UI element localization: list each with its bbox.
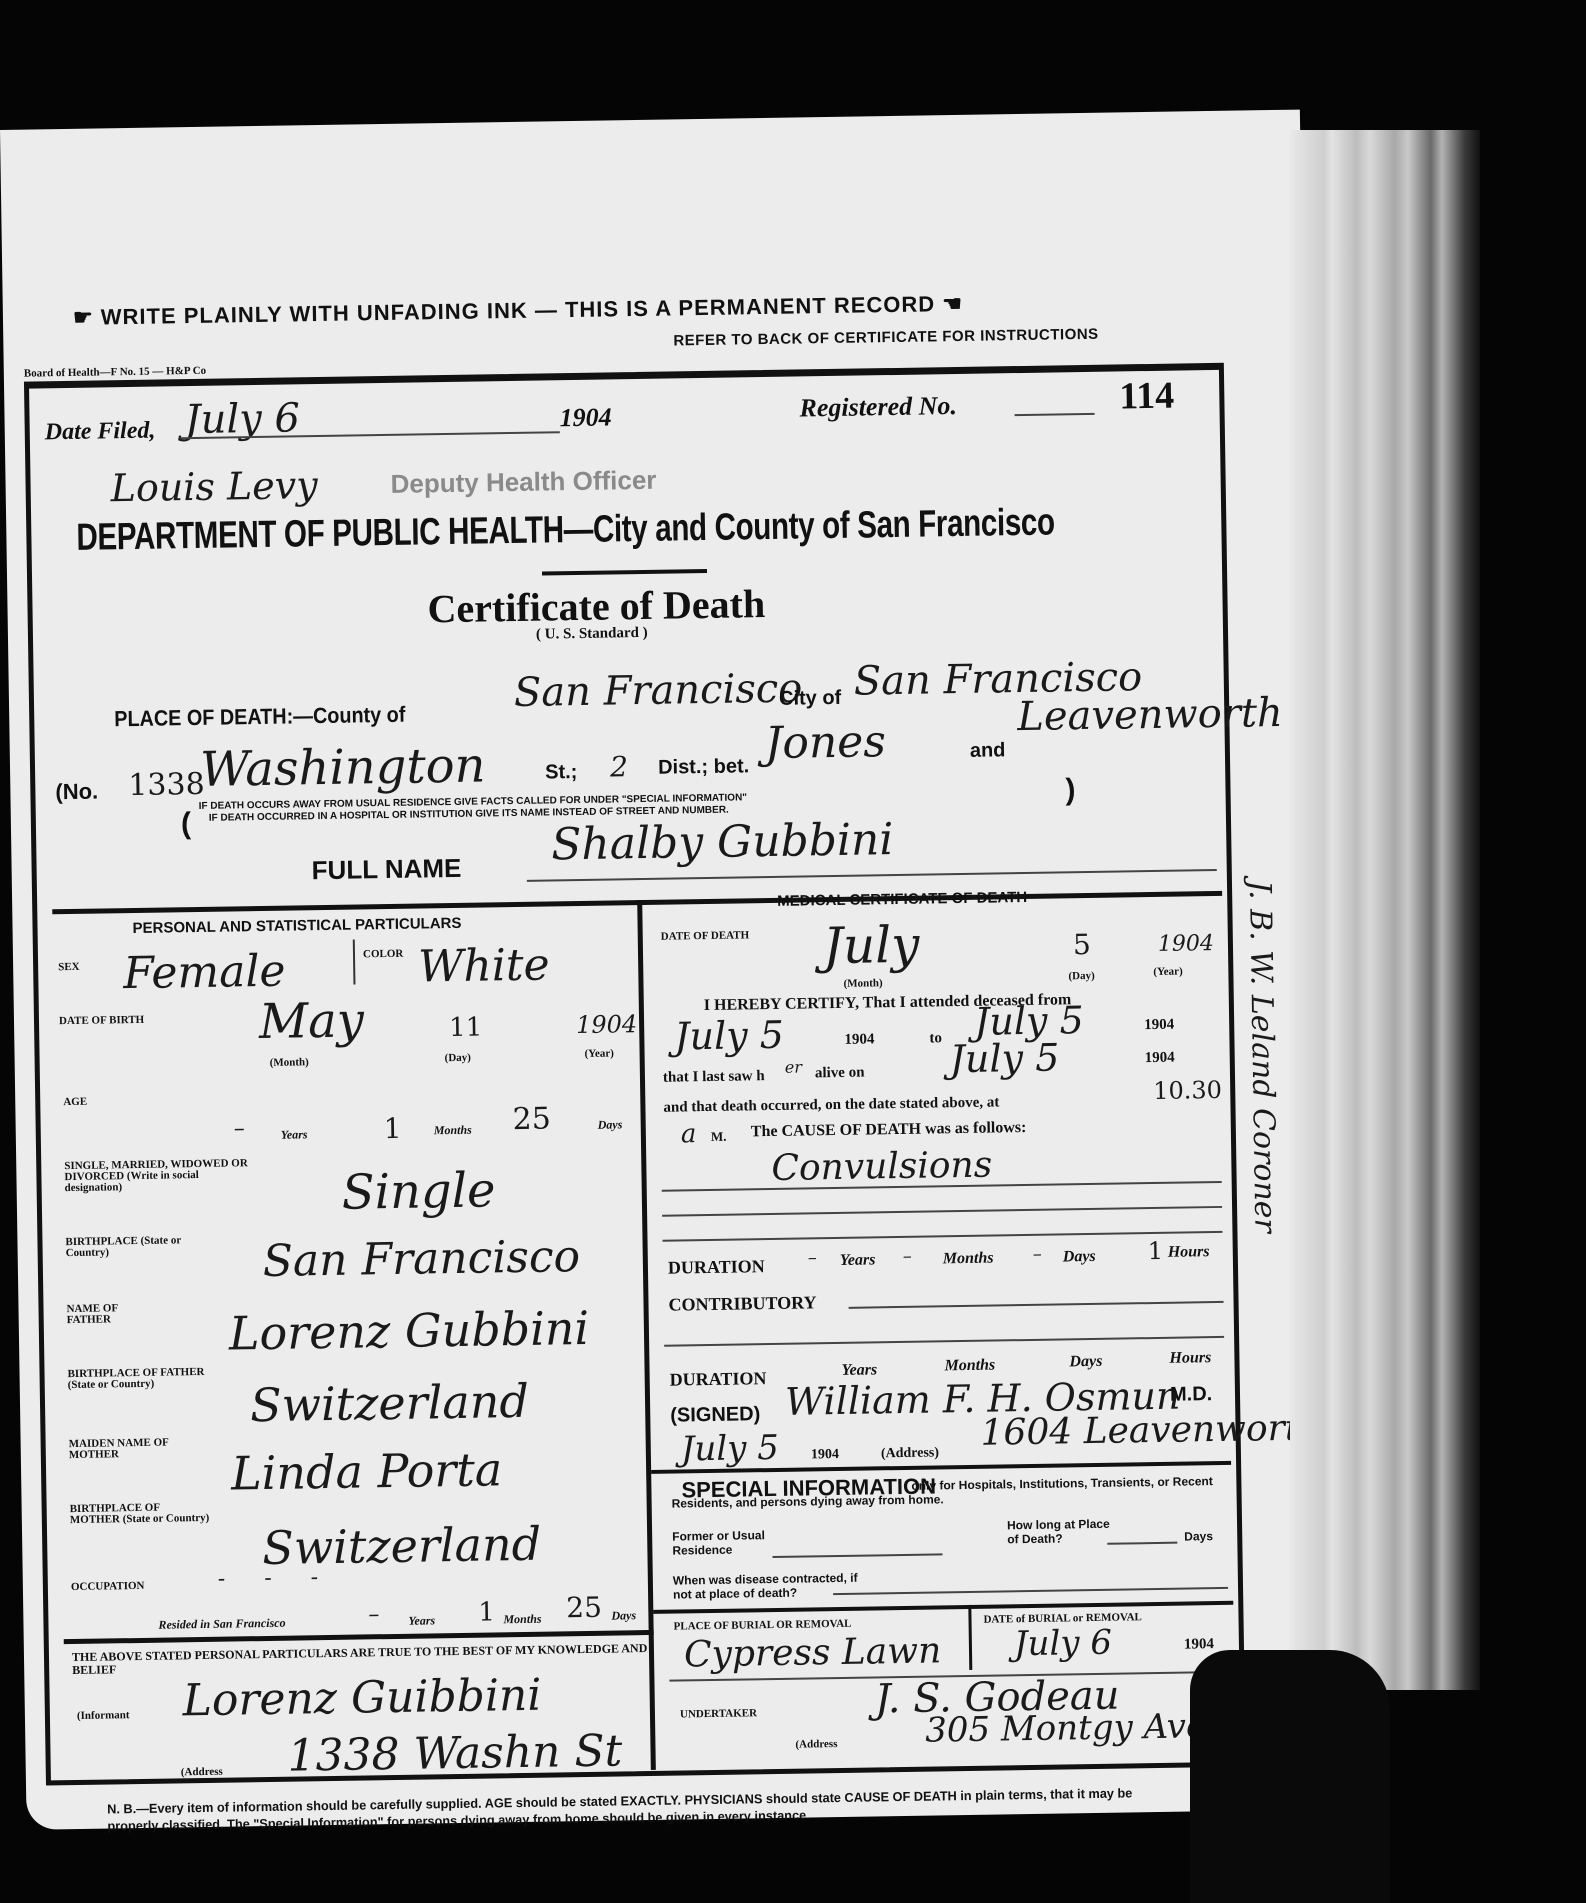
- signed-date: July 5: [680, 1428, 779, 1470]
- informant-label: (Informant: [77, 1710, 130, 1722]
- pointing-hand-icon: ☚: [935, 291, 963, 316]
- father-name-value: Lorenz Gubbini: [229, 1301, 590, 1361]
- duration-hours: 1: [1148, 1237, 1164, 1265]
- mother-birthplace-label: BIRTHPLACE OF MOTHER (State or Country): [70, 1502, 210, 1526]
- age-label: AGE: [63, 1097, 87, 1108]
- mother-name-label: MAIDEN NAME OF MOTHER: [69, 1437, 209, 1461]
- full-name-value: Shalby Gubbini: [551, 814, 894, 870]
- former-residence-label: Former or Usual Residence: [672, 1528, 792, 1558]
- informant-address-value: 1338 Washn St: [287, 1725, 622, 1781]
- street-number: 1338: [128, 767, 205, 803]
- last-saw-date: July 5: [949, 1035, 1059, 1081]
- undertaker-label: UNDERTAKER: [680, 1708, 757, 1720]
- duration-label: DURATION: [668, 1256, 765, 1279]
- between-street-1: Jones: [764, 716, 886, 769]
- instructions-note: REFER TO BACK OF CERTIFICATE FOR INSTRUC…: [673, 326, 1098, 350]
- us-standard-label: ( U. S. Standard ): [536, 625, 648, 644]
- date-filed-year: 1904: [559, 402, 611, 433]
- burial-date-value: July 6: [1014, 1623, 1113, 1665]
- certificate-page: ☛ WRITE PLAINLY WITH UNFADING INK — THIS…: [0, 110, 1327, 1830]
- dist-label: Dist.; bet.: [658, 755, 749, 779]
- age-months: 1: [383, 1112, 401, 1145]
- certificate-title: Certificate of Death: [427, 580, 765, 632]
- and-label: and: [970, 739, 1006, 763]
- age-days: 25: [512, 1101, 551, 1137]
- district-value: 2: [610, 750, 628, 783]
- street-name: Washington: [200, 737, 486, 797]
- burial-place-value: Cypress Lawn: [684, 1630, 942, 1675]
- place-of-death-label: PLACE OF DEATH:—County of: [114, 702, 405, 733]
- registered-number: 114: [1119, 374, 1175, 419]
- coroner-margin-note: J. B. W. Leland Coroner: [1242, 880, 1283, 1233]
- dob-day: 11: [449, 1013, 483, 1044]
- between-street-2: Leavenworth: [1017, 690, 1283, 740]
- dob-year: 1904: [576, 1010, 638, 1039]
- street-no-label: (No.: [55, 779, 98, 806]
- father-birthplace-value: Switzerland: [250, 1374, 530, 1432]
- officer-signature: Louis Levy: [110, 463, 318, 510]
- resided-months: 1: [478, 1597, 495, 1627]
- dod-month: July: [822, 916, 919, 976]
- date-filed-label: Date Filed,: [45, 418, 156, 447]
- contracted-label: When was disease contracted, if not at p…: [673, 1570, 873, 1601]
- undertaker-address-value: 305 Montgy Ave: [925, 1706, 1206, 1750]
- occupation-value: - - -: [218, 1565, 335, 1592]
- color-value: White: [418, 939, 550, 992]
- footer-note: N. B.—Every item of information should b…: [107, 1784, 1166, 1835]
- sex-label: SEX: [58, 962, 80, 973]
- pointing-hand-icon: ☛: [73, 304, 101, 329]
- how-long-label: How long at Place of Death?: [1007, 1517, 1117, 1547]
- dob-month: May: [259, 992, 365, 1050]
- city-label: City of: [779, 687, 842, 711]
- contributory-label: CONTRIBUTORY: [668, 1292, 816, 1315]
- birthplace-value: San Francisco: [262, 1231, 580, 1287]
- duration2-label: DURATION: [670, 1368, 767, 1391]
- last-saw-pronoun: er: [785, 1058, 802, 1077]
- am-pm: a: [681, 1119, 697, 1149]
- time-of-death: 10.30: [1153, 1076, 1222, 1105]
- undertaker-address-label: (Address: [795, 1739, 837, 1751]
- full-name-label: FULL NAME: [311, 853, 461, 886]
- thumb-shadow: [1190, 1650, 1390, 1903]
- occupation-label: OCCUPATION: [71, 1581, 145, 1593]
- dob-label: DATE OF BIRTH: [59, 1015, 144, 1027]
- marital-status-label: SINGLE, MARRIED, WIDOWED OR DIVORCED (Wr…: [64, 1158, 254, 1194]
- dod-year: 1904: [1158, 931, 1214, 957]
- county-value: San Francisco: [514, 665, 803, 716]
- father-birthplace-label: BIRTHPLACE OF FATHER (State or Country): [67, 1367, 207, 1391]
- dod-label: DATE OF DEATH: [661, 930, 750, 942]
- certificate-frame: [24, 363, 1246, 1786]
- informant-address-label: (Address: [181, 1767, 223, 1779]
- registered-label: Registered No.: [799, 391, 957, 423]
- book-page-edges: [1290, 130, 1480, 1690]
- resided-label: Resided in San Francisco: [158, 1616, 285, 1633]
- color-label: COLOR: [363, 949, 404, 961]
- attended-from: July 5: [674, 1013, 784, 1059]
- birthplace-label: BIRTHPLACE (State or Country): [65, 1235, 205, 1259]
- resided-days: 25: [566, 1591, 602, 1625]
- sex-value: Female: [123, 946, 286, 1000]
- deputy-officer-stamp: Deputy Health Officer: [390, 465, 656, 500]
- marital-status-value: Single: [341, 1162, 496, 1220]
- signed-label: (SIGNED): [670, 1403, 760, 1427]
- permanent-record-banner: ☛ WRITE PLAINLY WITH UNFADING INK — THIS…: [73, 291, 964, 331]
- st-label: St.;: [545, 761, 578, 785]
- informant-value: Lorenz Guibbini: [182, 1670, 541, 1727]
- form-id: Board of Health—F No. 15 — H&P Co: [24, 365, 206, 380]
- cause-of-death: Convulsions: [771, 1145, 992, 1189]
- father-name-label: NAME OF FATHER: [66, 1303, 156, 1326]
- dod-day: 5: [1073, 928, 1091, 961]
- mother-name-value: Linda Porta: [231, 1442, 503, 1500]
